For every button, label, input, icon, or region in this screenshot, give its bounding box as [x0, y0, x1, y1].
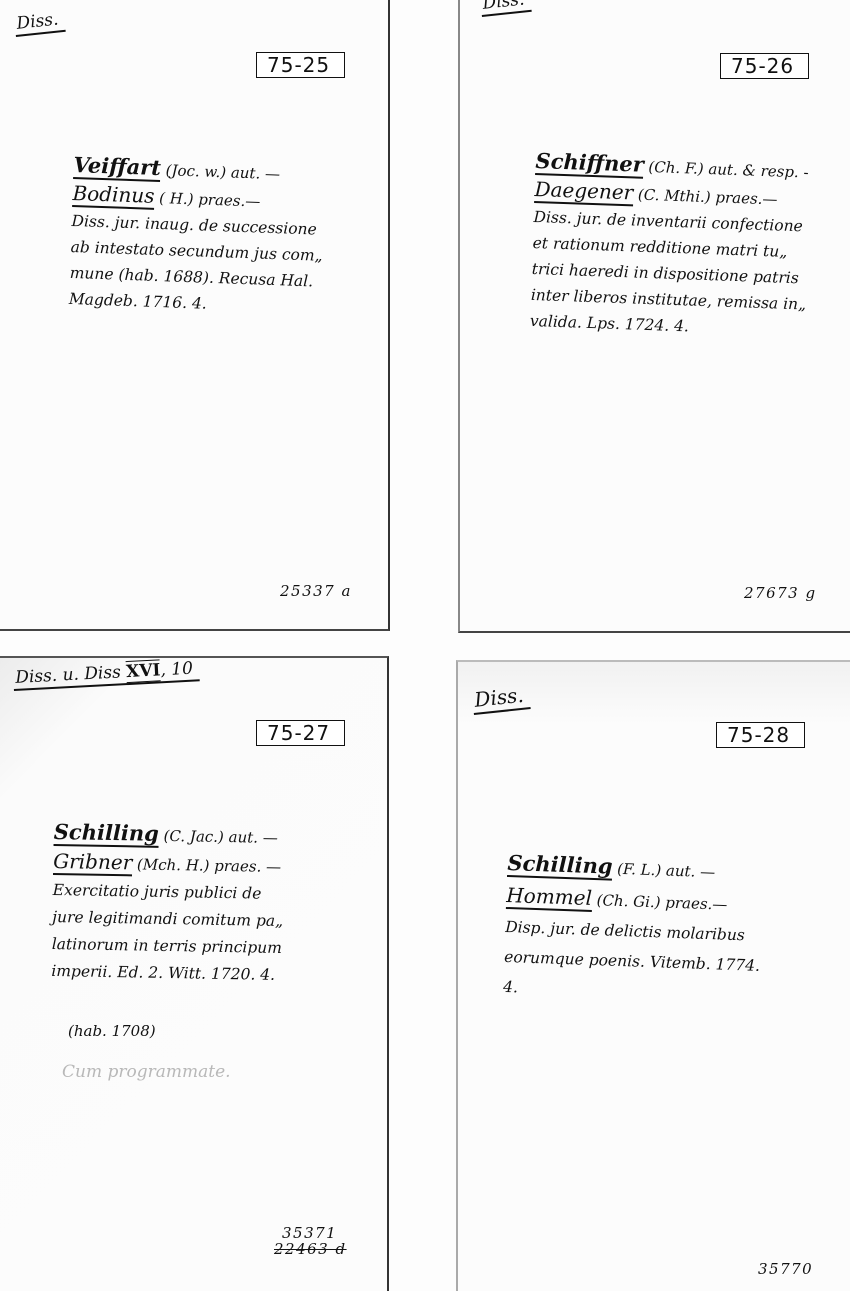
pencil-note: Cum programmate.	[62, 1062, 231, 1082]
author-name: Veiffart	[73, 152, 161, 182]
shelf-mark: Diss.	[471, 682, 531, 715]
catalog-card-75-27: Diss. u. Diss XVI, 10 75-27 Schilling (C…	[0, 656, 389, 1291]
author-name: Schilling	[54, 819, 160, 848]
title-line: latinorum in terris principum	[52, 931, 283, 962]
author-name: Schiffner	[535, 148, 644, 179]
author-details: (C. Jac.) aut. —	[159, 827, 278, 847]
praeses-details: (Ch. Gi.) praes.—	[592, 891, 728, 914]
accession-number: 27673 g	[744, 584, 817, 602]
card-entry: Schilling (F. L.) aut. — Hommel (Ch. Gi.…	[503, 848, 764, 1011]
author-details: (Ch. F.) aut. & resp. -	[643, 158, 809, 182]
call-number: 75-28	[716, 722, 805, 748]
author-line: Schilling (C. Jac.) aut. —	[53, 818, 284, 852]
old-accession-number: 22463 d	[274, 1240, 347, 1258]
praeses-name: Gribner	[53, 849, 132, 876]
shelf-mark: Diss.	[14, 9, 66, 37]
call-number: 75-26	[720, 53, 809, 79]
author-details: (F. L.) aut. —	[612, 860, 715, 882]
call-number: 75-27	[256, 720, 345, 746]
praeses-details: ( H.) praes.—	[154, 189, 260, 211]
author-details: (Joc. w.) aut. —	[161, 161, 281, 183]
praeses-line: Gribner (Mch. H.) praes. —	[53, 848, 284, 881]
catalog-card-75-26: Diss. 75-26 Schiffner (Ch. F.) aut. & re…	[458, 0, 850, 633]
author-name: Schilling	[507, 850, 613, 881]
praeses-details: (C. Mthi.) praes.—	[633, 185, 778, 208]
praeses-name: Hommel	[506, 883, 593, 912]
catalog-card-75-25: Diss. 75-25 Veiffart (Joc. w.) aut. — Bo…	[0, 0, 390, 631]
catalog-cards-scan: Diss. 75-25 Veiffart (Joc. w.) aut. — Bo…	[0, 0, 850, 1291]
title-line: Exercitatio juris publici de	[52, 877, 283, 908]
habilitation-note: (hab. 1708)	[68, 1022, 156, 1040]
praeses-name: Bodinus	[72, 181, 155, 210]
card-entry: Veiffart (Joc. w.) aut. — Bodinus ( H.) …	[68, 152, 325, 321]
catalog-card-75-28: Diss. 75-28 Schilling (F. L.) aut. — Hom…	[456, 660, 850, 1291]
accession-number: 35770	[758, 1260, 813, 1278]
accession-number: 25337 a	[280, 582, 352, 600]
praeses-details: (Mch. H.) praes. —	[132, 855, 281, 876]
title-line: jure legitimandi comitum pa„	[52, 904, 283, 935]
card-entry: Schiffner (Ch. F.) aut. & resp. - Daegen…	[530, 148, 812, 343]
call-number: 75-25	[256, 52, 345, 78]
praeses-name: Daegener	[534, 177, 634, 206]
shelf-mark: Diss. u. Diss XVI, 10	[13, 658, 200, 691]
shelf-mark: Diss.	[480, 0, 532, 17]
title-line: imperii. Ed. 2. Witt. 1720. 4.	[51, 958, 282, 989]
card-entry: Schilling (C. Jac.) aut. — Gribner (Mch.…	[51, 818, 285, 989]
